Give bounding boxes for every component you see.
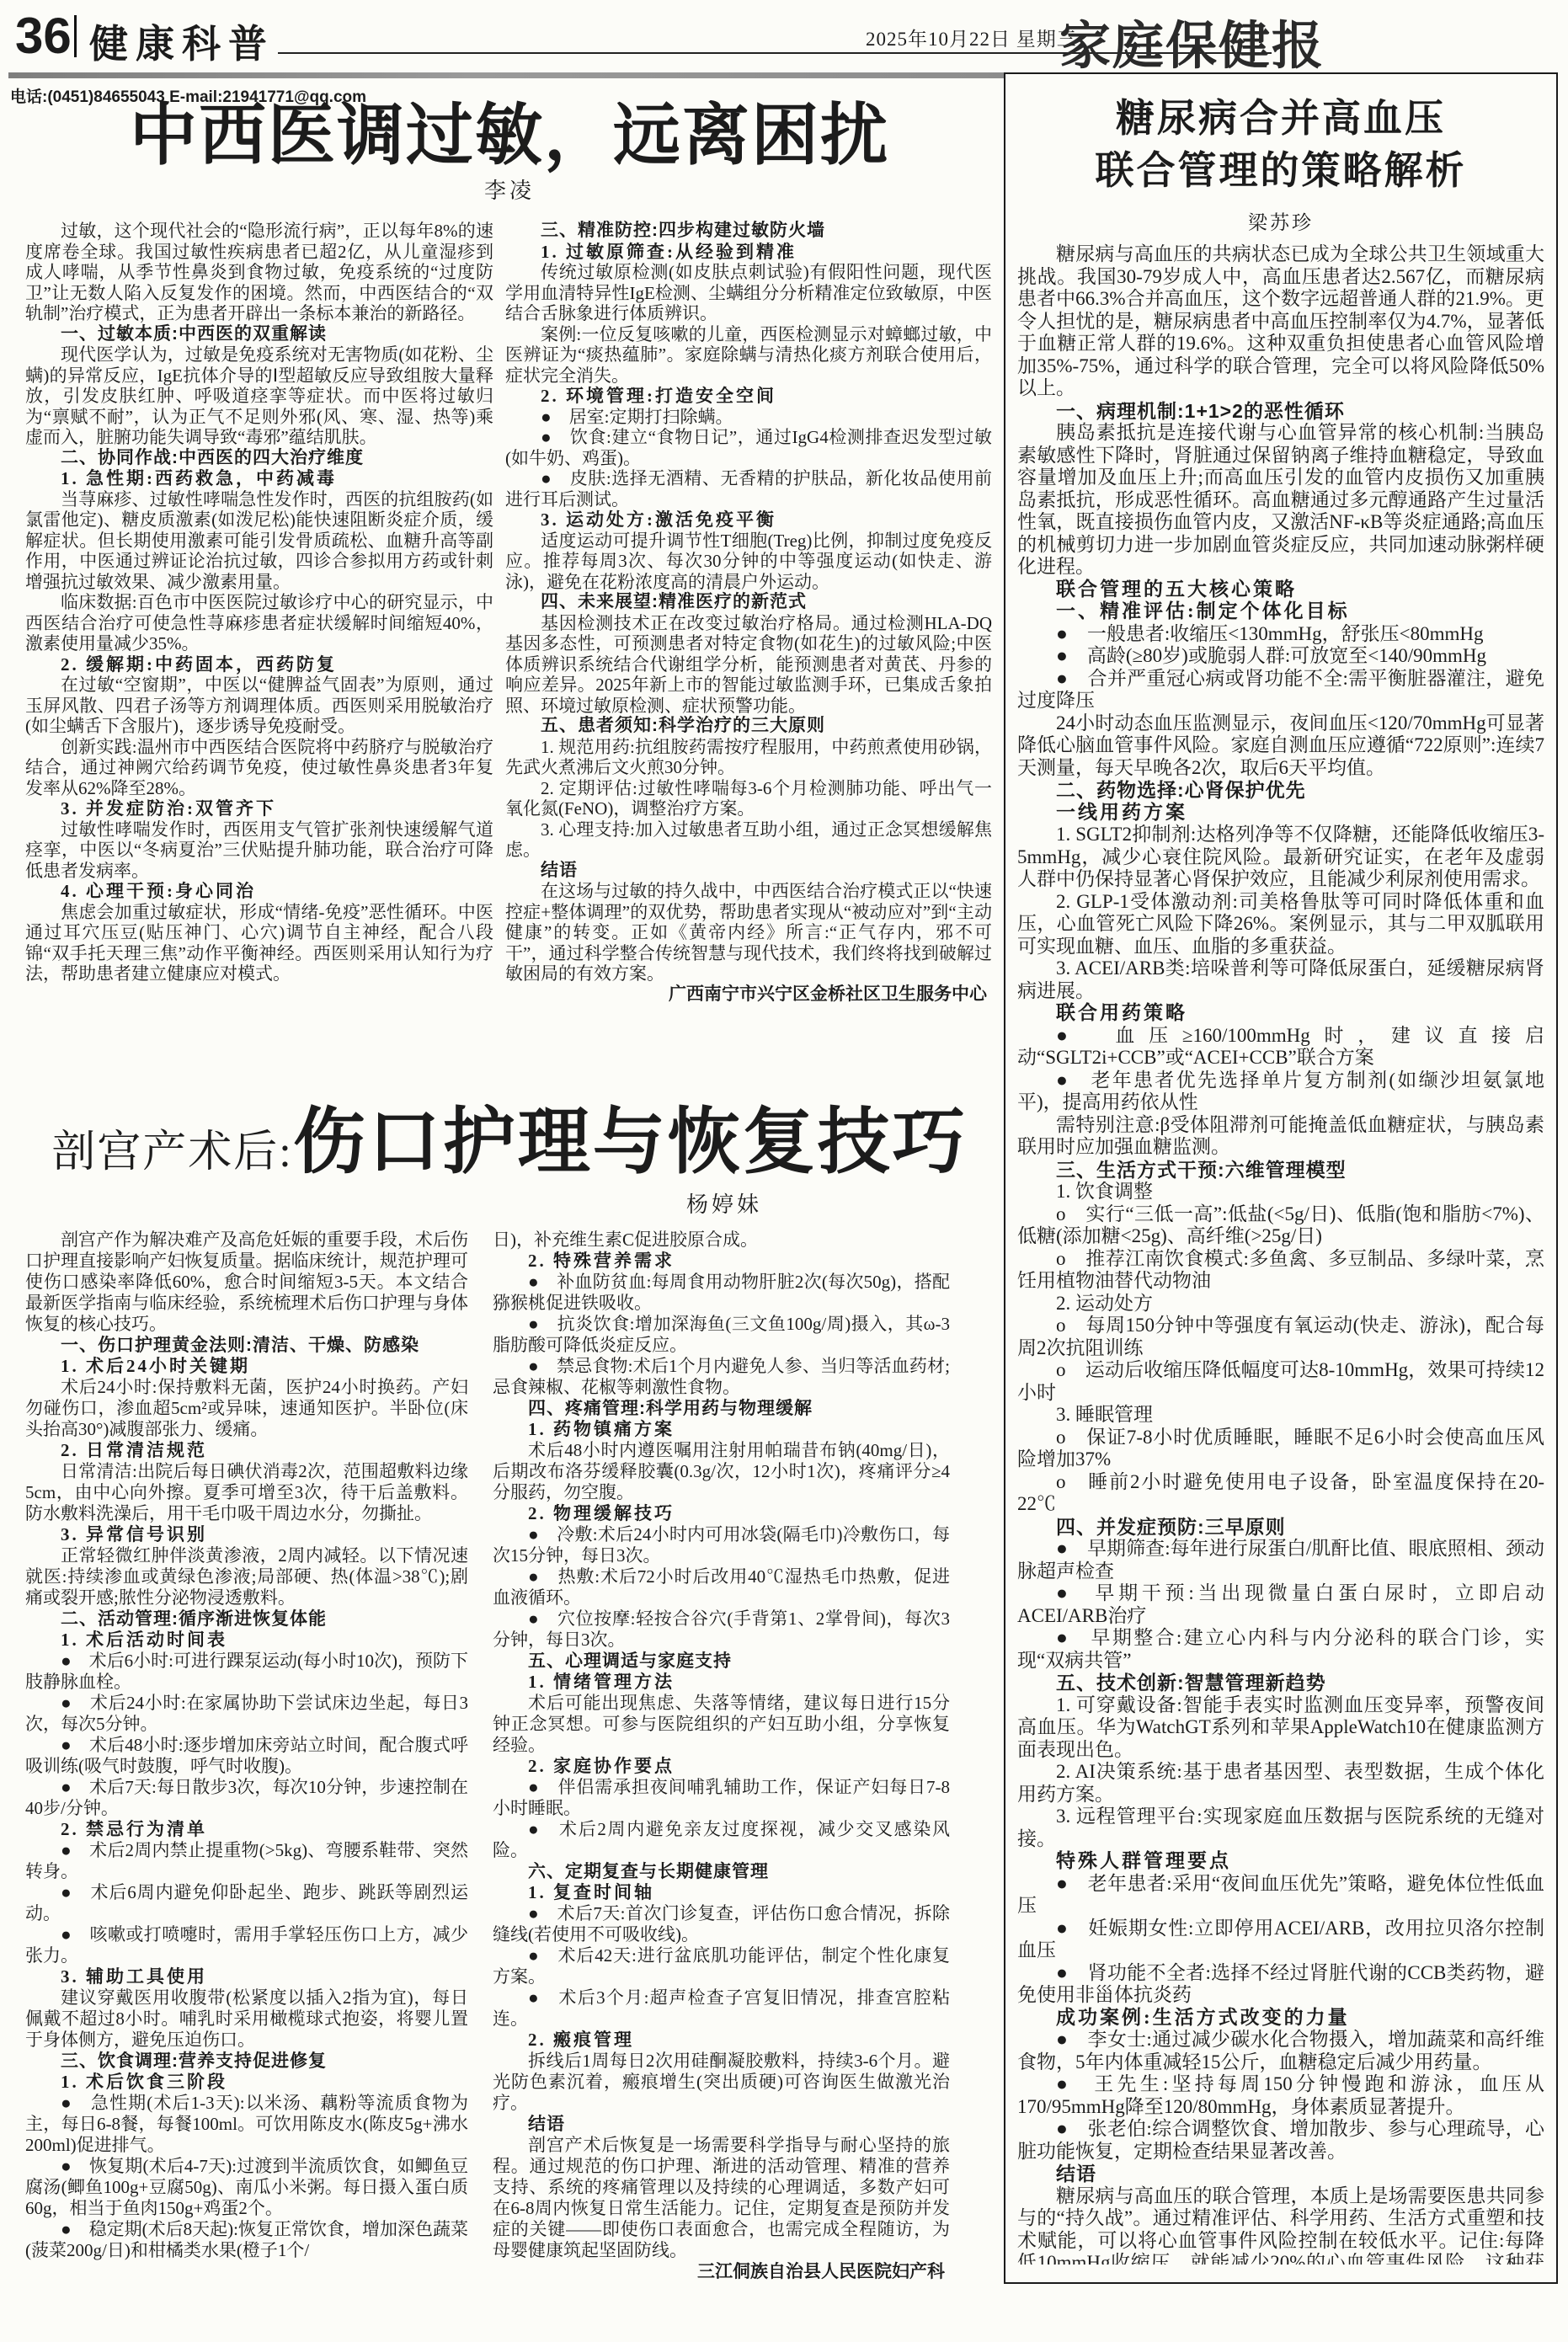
section-heading: 四、疼痛管理:科学用药与物理缓解 [493, 1398, 950, 1419]
paragraph: ● 饮食:建立“食物日记”，通过IgG4检测排查迟发型过敏(如牛奶、鸡蛋)。 [505, 427, 992, 468]
section-heading: 一、伤口护理黄金法则:清洁、干燥、防感染 [25, 1335, 468, 1356]
paragraph: 日)，补充维生素C促进胶原合成。 [493, 1230, 950, 1251]
paragraph: 现代医学认为，过敏是免疫系统对无害物质(如花粉、尘螨)的异常反应，IgE抗体介导… [25, 344, 493, 448]
paragraph: 1. 术后饮食三阶段 [25, 2072, 468, 2093]
section-title: 健康科普 [89, 13, 275, 69]
paragraph: 3. 运动处方:激活免疫平衡 [505, 509, 992, 531]
allergy-article-title: 中西医调过敏，远离困扰 [25, 81, 994, 178]
paragraph: 1. 药物镇痛方案 [493, 1419, 950, 1440]
paragraph: 3. 并发症防治:双管齐下 [25, 798, 493, 819]
paragraph: 3. 睡眠管理 [1017, 1404, 1544, 1427]
paragraph: ● 术后2周内避免亲友过度探视，减少交叉感染风险。 [493, 1819, 950, 1861]
csection-article-title: 剖宫产术后:伤口护理与恢复技巧 [25, 1083, 994, 1187]
paragraph: ● 术后42天:进行盆底肌功能评估，制定个性化康复方案。 [493, 1945, 950, 1987]
page-number: 36 [15, 7, 72, 65]
paragraph: ● 老年患者:采用“夜间血压优先”策略，避免体位性低血压 [1017, 1873, 1544, 1918]
paragraph: 联合管理的五大核心策略 [1017, 579, 1544, 601]
csection-title-main: 伤口护理与恢复技巧 [293, 1102, 968, 1182]
section-heading: 二、协同作战:中西医的四大治疗维度 [25, 448, 493, 469]
paragraph: 一、精准评估:制定个体化目标 [1017, 600, 1544, 623]
paragraph: ● 急性期(术后1-3天):以米汤、藕粉等流质食物为主，每日6-8餐，每餐100… [25, 2093, 468, 2156]
article-signature: 三江侗族自治县人民医院妇产科 [493, 2261, 950, 2282]
paragraph: o 推荐江南饮食模式:多鱼禽、多豆制品、多绿叶菜，烹饪用植物油替代动物油 [1017, 1248, 1544, 1293]
paragraph: 糖尿病与高血压的共病状态已成为全球公共卫生领域重大挑战。我国30-79岁成人中，… [1017, 243, 1544, 400]
paragraph: 术后48小时内遵医嘱用注射用帕瑞昔布钠(40mg/日)，后期改布洛芬缓释胶囊(0… [493, 1440, 950, 1503]
paragraph: 1. 规范用药:抗组胺药需按疗程服用，中药煎煮使用砂锅，先武火煮沸后文火煎30分… [505, 737, 992, 778]
issue-date: 2025年10月22日 星期三 [866, 24, 1077, 51]
paragraph: 1. 可穿戴设备:智能手表实时监测血压变异率，预警夜间高血压。华为WatchGT… [1017, 1694, 1544, 1762]
allergy-column-left: 过敏，这个现代社会的“隐形流行病”，正以每年8%的速度席卷全球。我国过敏性疾病患… [25, 221, 493, 1088]
paragraph: 特殊人群管理要点 [1017, 1850, 1544, 1873]
paragraph: 3. 异常信号识别 [25, 1524, 468, 1545]
paragraph: ● 妊娠期女性:立即停用ACEI/ARB，改用拉贝洛尔控制血压 [1017, 1918, 1544, 1962]
section-heading: 三、饮食调理:营养支持促进修复 [25, 2051, 468, 2072]
paragraph: 临床数据:百色市中医医院过敏诊疗中心的研究显示，中西医结合治疗可使急性荨麻疹患者… [25, 592, 493, 654]
paragraph: o 睡前2小时避免使用电子设备，卧室温度保持在20-22℃ [1017, 1471, 1544, 1516]
section-heading: 一、病理机制:1+1>2的恶性循环 [1017, 400, 1544, 423]
paragraph: o 每周150分钟中等强度有氧运动(快走、游泳)，配合每周2次抗阻训练 [1017, 1315, 1544, 1359]
paragraph: 1. 复查时间轴 [493, 1882, 950, 1903]
paragraph: ● 稳定期(术后8天起):恢复正常饮食，增加深色蔬菜(菠菜200g/日)和柑橘类… [25, 2219, 468, 2261]
paragraph: ● 李女士:通过减少碳水化合物摄入，增加蔬菜和高纤维食物，5年内体重减轻15公斤… [1017, 2029, 1544, 2073]
paragraph: 2. 缓解期:中药固本，西药防复 [25, 654, 493, 675]
paragraph: ● 早期干预:当出现微量白蛋白尿时，立即启动ACEI/ARB治疗 [1017, 1582, 1544, 1627]
paragraph: 1. SGLT2抑制剂:达格列净等不仅降糖，还能降低收缩压3-5mmHg，减少心… [1017, 824, 1544, 891]
paragraph: 3. ACEI/ARB类:培哚普利等可降低尿蛋白，延缓糖尿病肾病进展。 [1017, 958, 1544, 1002]
paragraph: ● 肾功能不全者:选择不经过肾脏代谢的CCB类药物，避免使用非甾体抗炎药 [1017, 1962, 1544, 2007]
paragraph: 2. 特殊营养需求 [493, 1251, 950, 1272]
paragraph: ● 早期筛查:每年进行尿蛋白/肌酐比值、眼底照相、颈动脉超声检查 [1017, 1538, 1544, 1582]
paragraph: 3. 辅助工具使用 [25, 1966, 468, 1987]
paragraph: 日常清洁:出院后每日碘伏消毒2次，范围超敷料边缘5cm，由中心向外擦。夏季可增至… [25, 1461, 468, 1524]
paragraph: 24小时动态血压监测显示，夜间血压<120/70mmHg可显著降低心脑血管事件风… [1017, 712, 1544, 780]
paragraph: ● 术后2周内禁止提重物(>5kg)、弯腰系鞋带、突然转身。 [25, 1840, 468, 1882]
paragraph: 案例:一位反复咳嗽的儿童，西医检测显示对蟑螂过敏，中医辨证为“痰热蕴肺”。家庭除… [505, 324, 992, 387]
paragraph: 3. 远程管理平台:实现家庭血压数据与医院系统的无缝对接。 [1017, 1806, 1544, 1850]
paragraph: 2. AI决策系统:基于患者基因型、表型数据，生成个体化用药方案。 [1017, 1761, 1544, 1806]
section-heading: 五、患者须知:科学治疗的三大原则 [505, 716, 992, 737]
paragraph: 过敏性哮喘发作时，西医用支气管扩张剂快速缓解气道痉挛，中医以“冬病夏治”三伏贴提… [25, 819, 493, 882]
paragraph: ● 伴侣需承担夜间哺乳辅助工作，保证产妇每日7-8小时睡眠。 [493, 1777, 950, 1819]
section-heading: 五、技术创新:智慧管理新趋势 [1017, 1672, 1544, 1694]
csection-article-author: 杨婷妹 [472, 1187, 977, 1219]
section-heading: 结语 [1017, 2163, 1544, 2185]
allergy-column-right: 三、精准防控:四步构建过敏防火墙1. 过敏原筛查:从经验到精准传统过敏原检测(如… [505, 221, 992, 1088]
paragraph: 剖宫产术后恢复是一场需要科学指导与耐心坚持的旅程。通过规范的伤口护理、渐进的活动… [493, 2135, 950, 2261]
section-heading: 结语 [505, 861, 992, 882]
paragraph: ● 早期整合:建立心内科与内分泌科的联合门诊，实现“双病共管” [1017, 1627, 1544, 1672]
paragraph: 在过敏“空窗期”，中医以“健脾益气固表”为原则，通过玉屏风散、四君子汤等方剂调理… [25, 675, 493, 737]
paragraph: ● 皮肤:选择无酒精、无香精的护肤品，新化妆品使用前进行耳后测试。 [505, 468, 992, 509]
paragraph: ● 血压≥160/100mmHg时，建议直接启动“SGLT2i+CCB”或“AC… [1017, 1025, 1544, 1070]
section-heading: 三、精准防控:四步构建过敏防火墙 [505, 221, 992, 242]
section-heading: 五、心理调适与家庭支持 [493, 1651, 950, 1672]
csection-title-prefix: 剖宫产术后: [51, 1128, 292, 1176]
diabetes-article-title: 糖尿病合并高血压 联合管理的策略解析 [1017, 93, 1544, 197]
paragraph: ● 术后3个月:超声检查子宫复旧情况，排查宫腔粘连。 [493, 1987, 950, 2030]
paragraph: 1. 过敏原筛查:从经验到精准 [505, 242, 992, 263]
paragraph: 正常轻微红肿伴淡黄渗液，2周内减轻。以下情况速就医:持续渗血或黄绿色渗液;局部硬… [25, 1545, 468, 1608]
paragraph: ● 居室:定期打扫除螨。 [505, 407, 992, 428]
section-heading: 二、药物选择:心肾保护优先 [1017, 779, 1544, 802]
paragraph: 需特别注意:β受体阻滞剂可能掩盖低血糖症状，与胰岛素联用时应加强血糖监测。 [1017, 1114, 1544, 1159]
paragraph: ● 王先生:坚持每周150分钟慢跑和游泳，血压从170/95mmHg降至120/… [1017, 2073, 1544, 2118]
paragraph: 成功案例:生活方式改变的力量 [1017, 2007, 1544, 2030]
paragraph: 4. 心理干预:身心同治 [25, 881, 493, 902]
paragraph: 1. 急性期:西药救急，中药减毒 [25, 468, 493, 489]
section-heading: 结语 [493, 2114, 950, 2135]
csection-column-left: 剖宫产作为解决难产及高危妊娠的重要手段，术后伤口护理直接影响产妇恢复质量。据临床… [25, 1230, 468, 2286]
paragraph: ● 术后7天:首次门诊复查，评估伤口愈合情况，拆除缝线(若使用不可吸收线)。 [493, 1903, 950, 1945]
csection-column-right: 日)，补充维生素C促进胶原合成。2. 特殊营养需求● 补血防贫血:每周食用动物肝… [493, 1230, 950, 2286]
paragraph: ● 术后48小时:逐步增加床旁站立时间，配合腹式呼吸训练(吸气时鼓腹，呼气时收腹… [25, 1735, 468, 1777]
paragraph: 2. 定期评估:过敏性哮喘每3-6个月检测肺功能、呼出气一氧化氮(FeNO)，调… [505, 778, 992, 819]
section-heading: 四、未来展望:精准医疗的新范式 [505, 592, 992, 613]
paragraph: ● 热敷:术后72小时后改用40℃湿热毛巾热敷，促进血液循环。 [493, 1566, 950, 1608]
paragraph: 2. 物理缓解技巧 [493, 1503, 950, 1524]
paragraph: 2. 环境管理:打造安全空间 [505, 386, 992, 407]
paragraph: 2. GLP-1受体激动剂:司美格鲁肽等可同时降低体重和血压，心血管死亡风险下降… [1017, 891, 1544, 958]
paragraph: 2. 日常清洁规范 [25, 1440, 468, 1461]
diabetes-title-line2: 联合管理的策略解析 [1017, 145, 1544, 197]
paragraph: 2. 运动处方 [1017, 1293, 1544, 1315]
paragraph: 一线用药方案 [1017, 802, 1544, 824]
paragraph: 糖尿病与高血压的联合管理，本质上是场需要医患共同参与的“持久战”。通过精准评估、… [1017, 2185, 1544, 2265]
paragraph: 2. 瘢痕管理 [493, 2030, 950, 2051]
paragraph: 传统过敏原检测(如皮肤点刺试验)有假阳性问题，现代医学用血清特异性IgE检测、尘… [505, 262, 992, 324]
paragraph: o 运动后收缩压降低幅度可达8-10mmHg，效果可持续12小时 [1017, 1359, 1544, 1404]
paragraph: ● 术后7天:每日散步3次，每次10分钟，步速控制在40步/分钟。 [25, 1777, 468, 1819]
paragraph: ● 张老伯:综合调整饮食、增加散步、参与心理疏导，心脏功能恢复，定期检查结果显著… [1017, 2118, 1544, 2163]
paragraph: ● 合并严重冠心病或肾功能不全:需平衡脏器灌注，避免过度降压 [1017, 668, 1544, 712]
paragraph: ● 术后6小时:可进行踝泵运动(每小时10次)，预防下肢静脉血栓。 [25, 1651, 468, 1693]
paragraph: 拆线后1周每日2次用硅酮凝胶敷料，持续3-6个月。避光防色素沉着，瘢痕增生(突出… [493, 2051, 950, 2114]
paragraph: ● 术后6周内避免仰卧起坐、跑步、跳跃等剧烈运动。 [25, 1882, 468, 1924]
paragraph: 过敏，这个现代社会的“隐形流行病”，正以每年8%的速度席卷全球。我国过敏性疾病患… [25, 221, 493, 324]
paragraph: 2. 家庭协作要点 [493, 1756, 950, 1777]
paragraph: ● 恢复期(术后4-7天):过渡到半流质饮食，如鲫鱼豆腐汤(鲫鱼100g+豆腐5… [25, 2156, 468, 2219]
paragraph: 3. 心理支持:加入过敏患者互助小组，通过正念冥想缓解焦虑。 [505, 819, 992, 861]
header-divider-bar [74, 15, 77, 57]
section-heading: 三、生活方式干预:六维管理模型 [1017, 1159, 1544, 1182]
paragraph: ● 高龄(≥80岁)或脆弱人群:可放宽至<140/90mmHg [1017, 645, 1544, 668]
diabetes-article-body: 糖尿病与高血压的共病状态已成为全球公共卫生领域重大挑战。我国30-79岁成人中，… [1017, 243, 1544, 2265]
paragraph: 创新实践:温州市中西医结合医院将中药脐疗与脱敏治疗结合，通过神阙穴给药调节免疫，… [25, 737, 493, 799]
paragraph: 2. 禁忌行为清单 [25, 1819, 468, 1840]
paragraph: ● 冷敷:术后24小时内可用冰袋(隔毛巾)冷敷伤口，每次15分钟，每日3次。 [493, 1524, 950, 1566]
paragraph: 术后24小时:保持敷料无菌，医护24小时换药。产妇勿碰伤口，渗血超5cm²或异味… [25, 1377, 468, 1440]
paragraph: 1. 术后24小时关键期 [25, 1356, 468, 1377]
diabetes-article-box: 糖尿病合并高血压 联合管理的策略解析 梁苏珍 糖尿病与高血压的共病状态已成为全球… [1004, 72, 1558, 2284]
article-signature: 广西南宁市兴宁区金桥社区卫生服务中心 [505, 984, 992, 1006]
paragraph: ● 一般患者:收缩压<130mmHg，舒张压<80mmHg [1017, 623, 1544, 646]
masthead: 家庭保健报 [1059, 5, 1325, 78]
paragraph: 基因检测技术正在改变过敏治疗格局。通过检测HLA-DQ基因多态性，可预测患者对特… [505, 613, 992, 717]
paragraph: 当荨麻疹、过敏性哮喘急性发作时，西医的抗组胺药(如氯雷他定)、糖皮质激素(如泼尼… [25, 489, 493, 593]
paragraph: o 保证7-8小时优质睡眠，睡眠不足6小时会使高血压风险增加37% [1017, 1427, 1544, 1471]
paragraph: 1. 情绪管理方法 [493, 1672, 950, 1693]
allergy-article-author: 李凌 [25, 173, 994, 205]
diabetes-title-line1: 糖尿病合并高血压 [1017, 93, 1544, 145]
paragraph: ● 老年患者优先选择单片复方制剂(如缬沙坦氨氯地平)，提高用药依从性 [1017, 1070, 1544, 1114]
diabetes-article-author: 梁苏珍 [1017, 207, 1544, 235]
paragraph: 在这场与过敏的持久战中，中西医结合治疗模式正以“快速控症+整体调理”的双优势，帮… [505, 881, 992, 984]
paragraph: o 实行“三低一高”:低盐(<5g/日)、低脂(饱和脂肪<7%)、低糖(添加糖<… [1017, 1203, 1544, 1248]
paragraph: ● 咳嗽或打喷嚏时，需用手掌轻压伤口上方，减少张力。 [25, 1924, 468, 1966]
section-heading: 四、并发症预防:三早原则 [1017, 1516, 1544, 1539]
paragraph: ● 禁忌食物:术后1个月内避免人参、当归等活血药材;忌食辣椒、花椒等刺激性食物。 [493, 1356, 950, 1398]
paragraph: 建议穿戴医用收腹带(松紧度以插入2指为宜)，每日佩戴不超过8小时。哺乳时采用橄榄… [25, 1987, 468, 2051]
paragraph: ● 术后24小时:在家属协助下尝试床边坐起，每日3次，每次5分钟。 [25, 1693, 468, 1735]
section-heading: 二、活动管理:循序渐进恢复体能 [25, 1608, 468, 1630]
paragraph: 剖宫产作为解决难产及高危妊娠的重要手段，术后伤口护理直接影响产妇恢复质量。据临床… [25, 1230, 468, 1335]
newspaper-page: 36 健康科普 2025年10月22日 星期三 家庭保健报 电话:(0451)8… [0, 0, 1568, 2342]
paragraph: ● 抗炎饮食:增加深海鱼(三文鱼100g/周)摄入，其ω-3脂肪酸可降低炎症反应… [493, 1314, 950, 1356]
paragraph: 术后可能出现焦虑、失落等情绪，建议每日进行15分钟正念冥想。可参与医院组织的产妇… [493, 1693, 950, 1756]
paragraph: 胰岛素抵抗是连接代谢与心血管异常的核心机制:当胰岛素敏感性下降时，肾脏通过保留钠… [1017, 422, 1544, 579]
paragraph: 焦虑会加重过敏症状，形成“情绪-免疫”恶性循环。中医通过耳穴压豆(贴压神门、心穴… [25, 902, 493, 984]
paragraph: 1. 术后活动时间表 [25, 1630, 468, 1651]
paragraph: 适度运动可提升调节性T细胞(Treg)比例，抑制过度免疫反应。推荐每周3次、每次… [505, 531, 992, 593]
section-heading: 一、过敏本质:中西医的双重解读 [25, 324, 493, 345]
paragraph: ● 补血防贫血:每周食用动物肝脏2次(每次50g)，搭配猕猴桃促进铁吸收。 [493, 1272, 950, 1314]
section-heading: 六、定期复查与长期健康管理 [493, 1861, 950, 1882]
paragraph: ● 穴位按摩:轻按合谷穴(手背第1、2掌骨间)，每次3分钟，每日3次。 [493, 1608, 950, 1651]
paragraph: 1. 饮食调整 [1017, 1181, 1544, 1203]
paragraph: 联合用药策略 [1017, 1002, 1544, 1025]
